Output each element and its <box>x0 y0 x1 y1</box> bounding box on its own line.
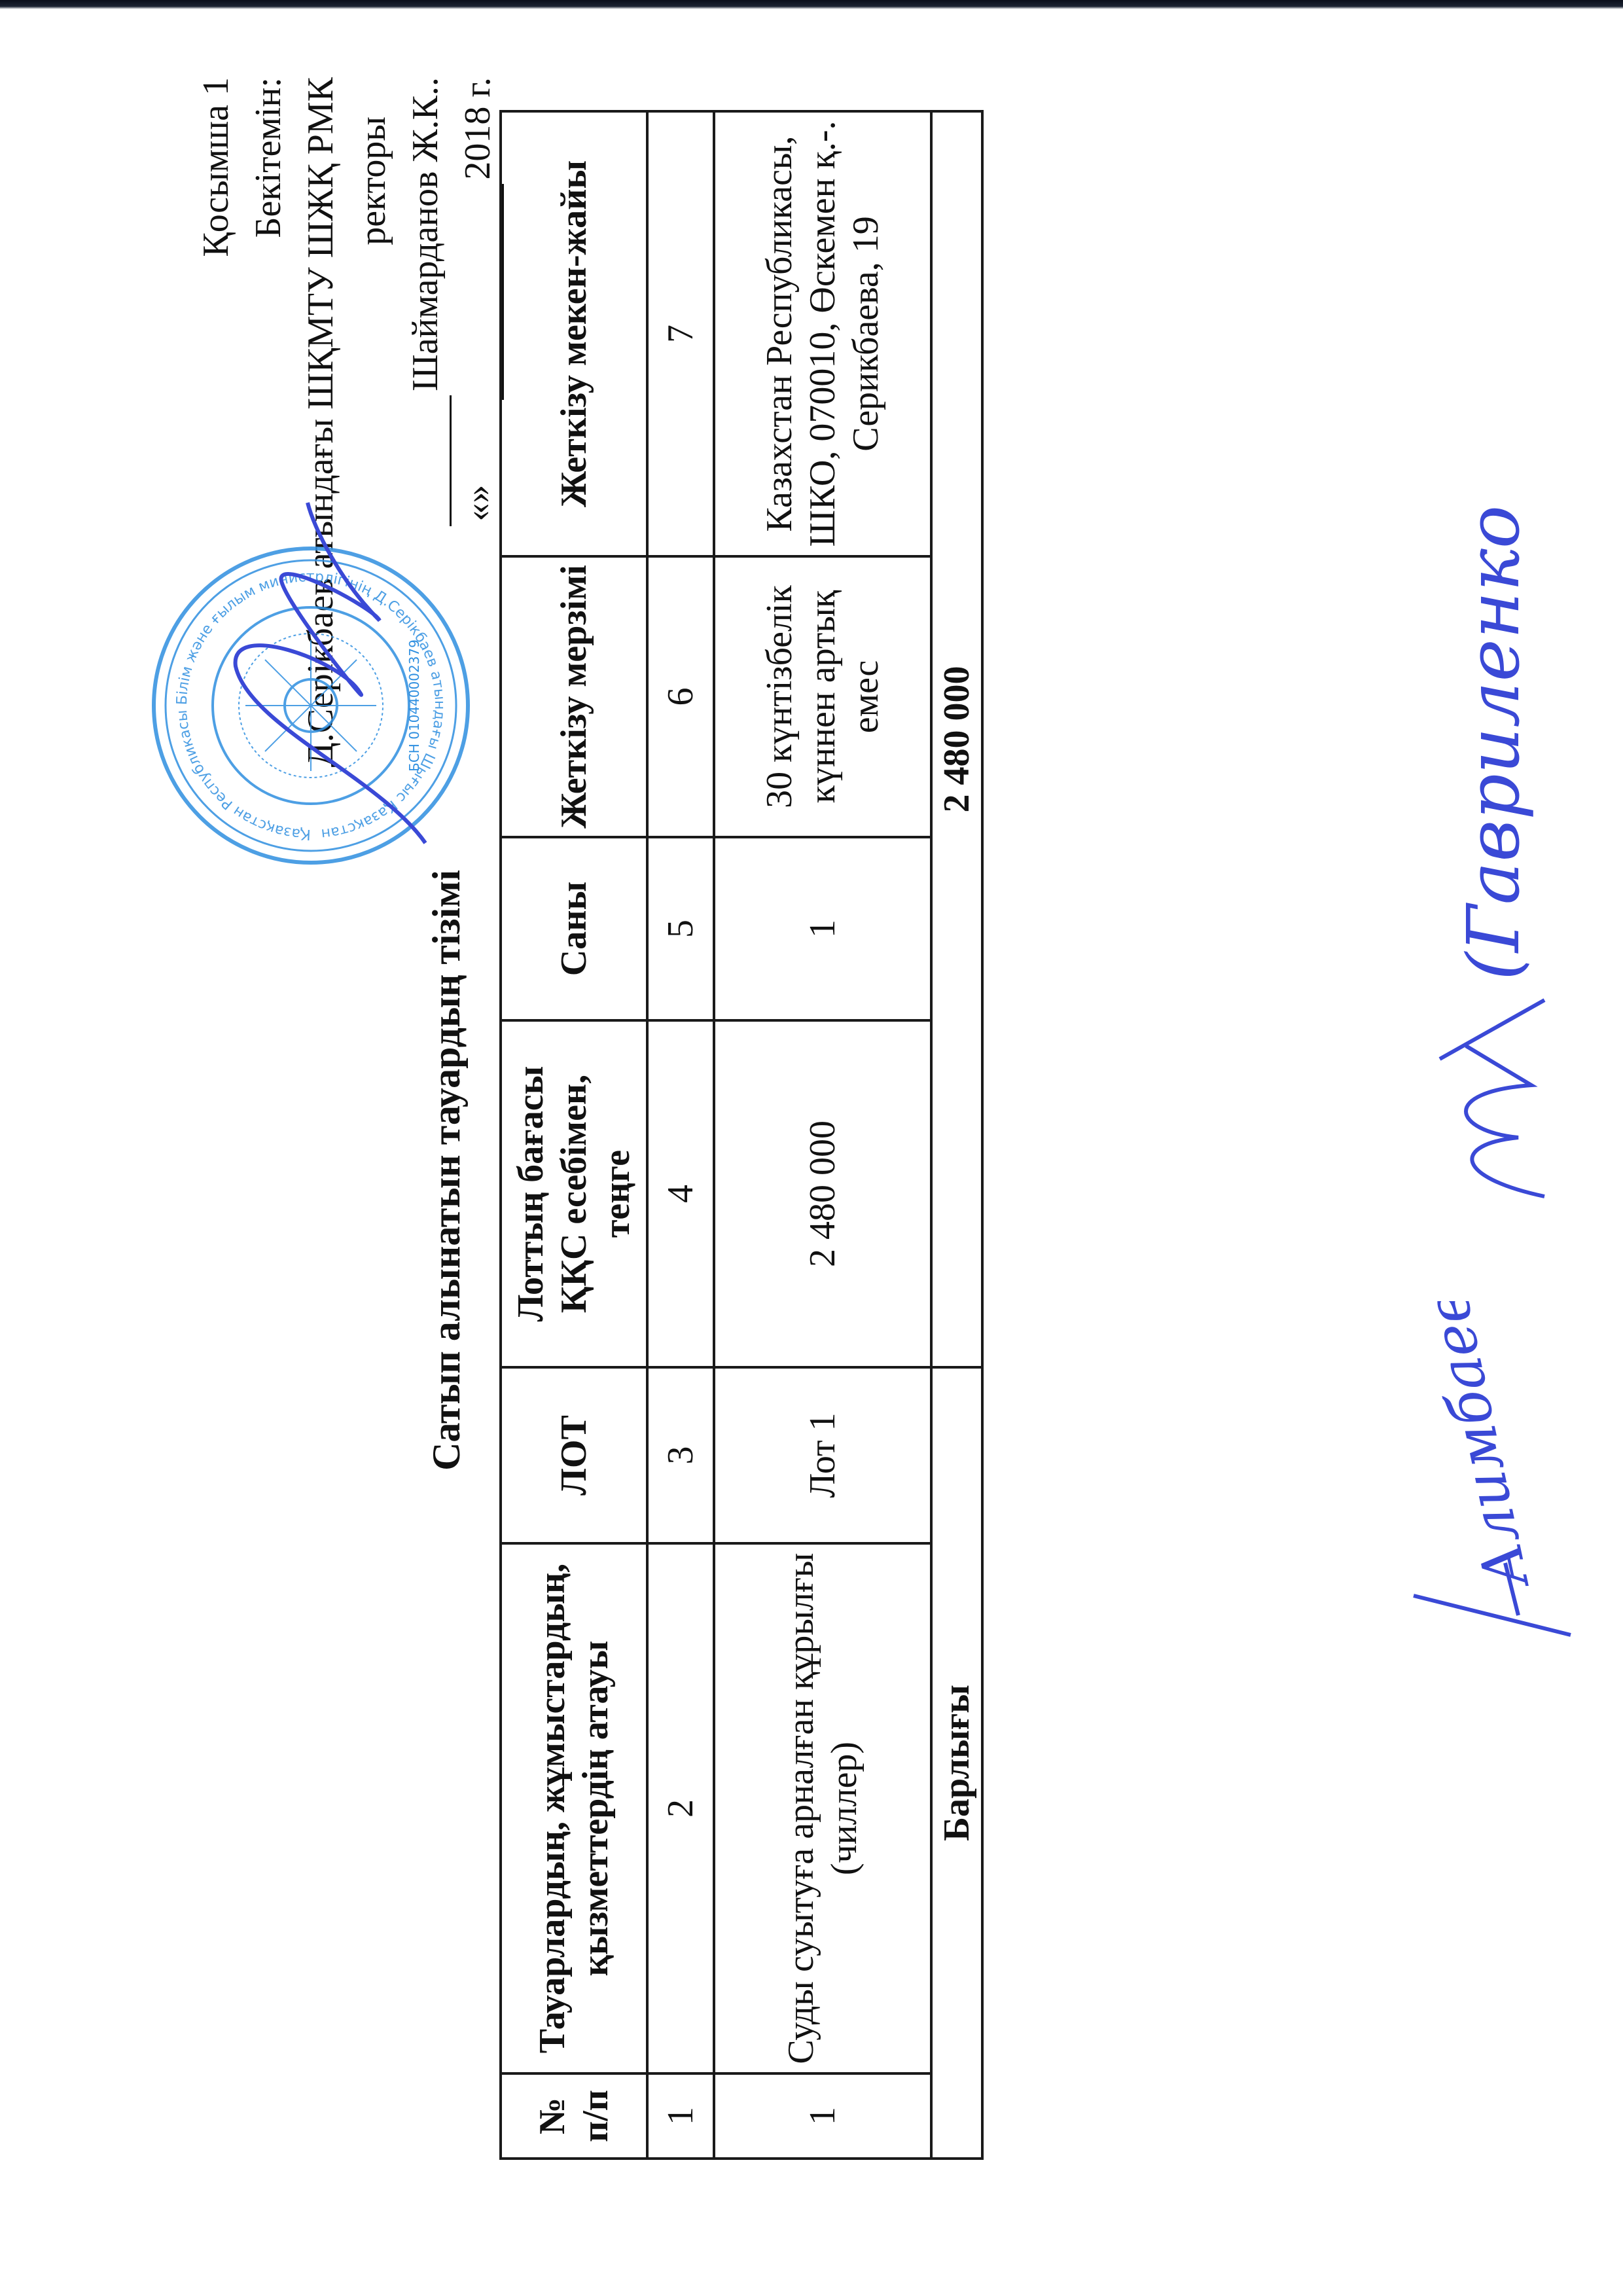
column-number: 1 <box>647 2073 714 2159</box>
handwritten-signature-second: Алимбаева Н.А. <box>1387 1301 1584 1641</box>
cell-price: 2 480 000 <box>714 1020 931 1367</box>
date-close-quote: » <box>457 485 498 503</box>
total-row: Барлығы 2 480 000 <box>931 111 982 2159</box>
column-number: 2 <box>647 1543 714 2073</box>
cell-quantity: 1 <box>714 837 931 1020</box>
handwritten-second-name: Алимбаева Н.А. <box>1387 1301 1542 1598</box>
header-delivery-address: Жеткізу мекен-жайы <box>501 111 647 556</box>
header-delivery-term: Жеткізу мерзімі <box>501 556 647 837</box>
rector-signature <box>209 490 458 856</box>
handwritten-name: (Гавриленко О.В.) <box>1452 496 1535 980</box>
column-number-row: 1 2 3 4 5 6 7 <box>647 111 714 2159</box>
cell-name: Суды суытуға арналған құрылғы (чиллер) <box>714 1543 931 2073</box>
column-number: 4 <box>647 1020 714 1367</box>
header-no: № п/п <box>501 2073 647 2159</box>
signatory-name: Шаймарданов Ж.К.. <box>405 77 446 391</box>
column-number: 6 <box>647 556 714 837</box>
date-year: 2018 г. <box>457 77 498 180</box>
handwritten-signature-gavrilenko: (Гавриленко О.В.) <box>1414 496 1584 1216</box>
column-number: 7 <box>647 111 714 556</box>
header-lot: ЛОТ <box>501 1367 647 1543</box>
column-number: 3 <box>647 1367 714 1543</box>
document-page: Қосымша 1 Бекітемін: Д.Серікбаев атындағ… <box>0 0 1623 2296</box>
date-blank <box>463 184 504 400</box>
goods-table: № п/п Тауарлардың, жұмыстардың, қызметте… <box>499 110 984 2160</box>
cell-lot: Лот 1 <box>714 1367 931 1543</box>
header-quantity: Саны <box>501 837 647 1020</box>
cell-delivery-address: Казахстан Республикасы, ШКО, 070010, Өск… <box>714 111 931 556</box>
header-price: Лоттың бағасы ҚҚС есебімен, теңге <box>501 1020 647 1367</box>
date-open-quote: « <box>457 503 498 522</box>
column-number: 5 <box>647 837 714 1020</box>
total-value: 2 480 000 <box>931 111 982 1367</box>
table-row: 1 Суды суытуға арналған құрылғы (чиллер)… <box>714 111 931 2159</box>
header-name: Тауарлардың, жұмыстардың, қызметтердің а… <box>501 1543 647 2073</box>
total-label: Барлығы <box>931 1367 982 2159</box>
cell-no: 1 <box>714 2073 931 2159</box>
document-title: Сатып алынатын тауардың тізімі <box>424 764 469 1576</box>
table-header-row: № п/п Тауарлардың, жұмыстардың, қызметте… <box>501 111 647 2159</box>
cell-delivery-term: 30 күнтізбелік күннен артық емес <box>714 556 931 837</box>
